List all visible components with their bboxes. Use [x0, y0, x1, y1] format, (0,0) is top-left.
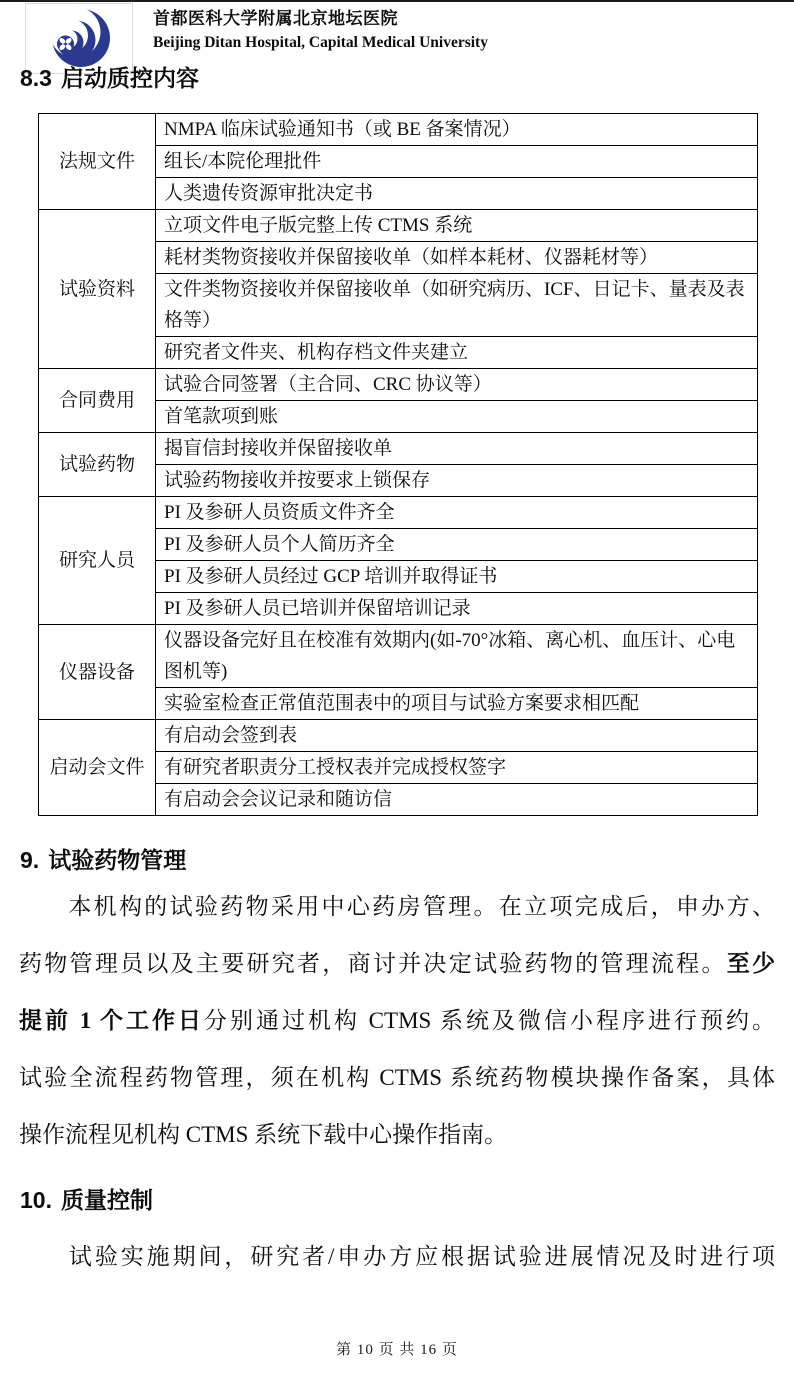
- page-top-border: [0, 0, 794, 2]
- section-10-paragraph: 试验实施期间，研究者/申办方应根据试验进展情况及时进行项: [19, 1228, 775, 1285]
- table-row: 合同费用 试验合同签署（主合同、CRC 协议等）: [39, 369, 758, 401]
- qc-item: PI 及参研人员经过 GCP 培训并取得证书: [156, 561, 758, 593]
- paragraph-line: 提前 1 个工作日分别通过机构 CTMS 系统及微信小程序进行预约。: [19, 992, 775, 1049]
- paragraph-line: 试验实施期间，研究者/申办方应根据试验进展情况及时进行项: [19, 1228, 775, 1285]
- qc-item: 试验合同签署（主合同、CRC 协议等）: [156, 369, 758, 401]
- qc-category-contract-fees: 合同费用: [39, 369, 156, 433]
- bold-text-run: 至少: [727, 951, 775, 976]
- qc-item: 文件类物资接收并保留接收单（如研究病历、ICF、日记卡、量表及表格等）: [156, 274, 758, 337]
- qc-category-instruments: 仪器设备: [39, 625, 156, 720]
- section-title: 质量控制: [61, 1187, 153, 1213]
- line-text: 试验实施期间，研究者/申办方应根据试验进展情况及时进行项: [66, 1244, 775, 1269]
- qc-item: 揭盲信封接收并保留接收单: [156, 433, 758, 465]
- section-number: 10.: [20, 1187, 52, 1213]
- qc-item: NMPA 临床试验通知书（或 BE 备案情况）: [156, 114, 758, 146]
- hospital-name-en: Beijing Ditan Hospital, Capital Medical …: [153, 32, 488, 53]
- table-row: 法规文件 NMPA 临床试验通知书（或 BE 备案情况）: [39, 114, 758, 146]
- line-text: 试验全流程药物管理，须在机构 CTMS 系统药物模块操作备案，具体: [19, 1065, 775, 1090]
- line-text: 药物管理员以及主要研究者，商讨并决定试验药物的管理流程。: [19, 951, 727, 976]
- line-text: 操作流程见机构 CTMS 系统下载中心操作指南。: [19, 1122, 507, 1147]
- table-row: 研究人员 PI 及参研人员资质文件齐全: [39, 497, 758, 529]
- page-footer: 第 10 页 共 16 页: [0, 1340, 794, 1360]
- qc-item: PI 及参研人员已培训并保留培训记录: [156, 593, 758, 625]
- qc-item: 研究者文件夹、机构存档文件夹建立: [156, 337, 758, 369]
- section-9-paragraph: 本机构的试验药物采用中心药房管理。在立项完成后，申办方、 药物管理员以及主要研究…: [19, 878, 775, 1163]
- qc-item: PI 及参研人员资质文件齐全: [156, 497, 758, 529]
- table-row: 试验药物 揭盲信封接收并保留接收单: [39, 433, 758, 465]
- section-9-heading: 9.试验药物管理: [20, 845, 186, 875]
- line-text: 分别通过机构 CTMS 系统及微信小程序进行预约。: [204, 1008, 775, 1033]
- page-number: 第 10 页 共 16 页: [336, 1342, 458, 1358]
- spiral-waves-icon: [45, 7, 113, 71]
- table-row: 启动会文件 有启动会签到表: [39, 720, 758, 752]
- qc-category-trial-drug: 试验药物: [39, 433, 156, 497]
- hospital-name-block: 首都医科大学附属北京地坛医院 Beijing Ditan Hospital, C…: [153, 3, 488, 53]
- section-number: 9.: [20, 847, 39, 873]
- qc-category-regulatory: 法规文件: [39, 114, 156, 210]
- qc-item: 有启动会签到表: [156, 720, 758, 752]
- qc-item: 仪器设备完好且在校准有效期内(如-70°冰箱、离心机、血压计、心电图机等): [156, 625, 758, 688]
- table-row: 试验资料 立项文件电子版完整上传 CTMS 系统: [39, 210, 758, 242]
- qc-item: 组长/本院伦理批件: [156, 146, 758, 178]
- line-text: 本机构的试验药物采用中心药房管理。在立项完成后，申办方、: [66, 894, 775, 919]
- paragraph-line: 药物管理员以及主要研究者，商讨并决定试验药物的管理流程。至少: [19, 935, 775, 992]
- bold-text-run: 提前 1 个工作日: [19, 1008, 204, 1033]
- section-10-heading: 10.质量控制: [20, 1185, 153, 1215]
- qc-item: 耗材类物资接收并保留接收单（如样本耗材、仪器耗材等）: [156, 242, 758, 274]
- paragraph-line: 本机构的试验药物采用中心药房管理。在立项完成后，申办方、: [19, 878, 775, 935]
- qc-category-kickoff-meeting-docs: 启动会文件: [39, 720, 156, 816]
- qc-category-research-staff: 研究人员: [39, 497, 156, 625]
- section-title: 试验药物管理: [48, 847, 186, 873]
- qc-item: 有研究者职责分工授权表并完成授权签字: [156, 752, 758, 784]
- section-title: 启动质控内容: [61, 65, 199, 91]
- qc-item: PI 及参研人员个人简历齐全: [156, 529, 758, 561]
- qc-checklist-table: 法规文件 NMPA 临床试验通知书（或 BE 备案情况） 组长/本院伦理批件 人…: [38, 113, 758, 816]
- qc-item: 有启动会会议记录和随访信: [156, 784, 758, 816]
- qc-item: 人类遗传资源审批决定书: [156, 178, 758, 210]
- paragraph-line: 操作流程见机构 CTMS 系统下载中心操作指南。: [19, 1106, 775, 1163]
- qc-item: 实验室检查正常值范围表中的项目与试验方案要求相匹配: [156, 688, 758, 720]
- qc-category-trial-materials: 试验资料: [39, 210, 156, 369]
- section-8-3-heading: 8.3启动质控内容: [20, 63, 199, 93]
- section-number: 8.3: [20, 65, 52, 91]
- paragraph-line: 试验全流程药物管理，须在机构 CTMS 系统药物模块操作备案，具体: [19, 1049, 775, 1106]
- hospital-name-zh: 首都医科大学附属北京地坛医院: [153, 8, 488, 30]
- qc-item: 试验药物接收并按要求上锁保存: [156, 465, 758, 497]
- qc-item: 立项文件电子版完整上传 CTMS 系统: [156, 210, 758, 242]
- qc-item: 首笔款项到账: [156, 401, 758, 433]
- table-row: 仪器设备 仪器设备完好且在校准有效期内(如-70°冰箱、离心机、血压计、心电图机…: [39, 625, 758, 688]
